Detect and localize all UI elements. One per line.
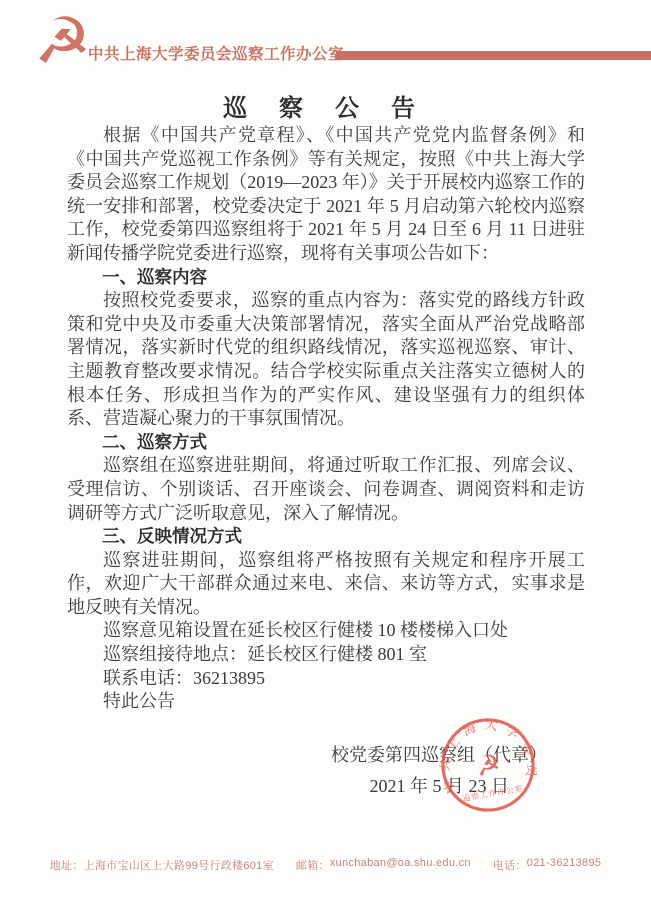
suggestion-box-line: 巡察意见箱设置在延长校区行健楼 10 楼楼梯入口处 <box>67 619 585 643</box>
contact-phone-line: 联系电话：36213895 <box>67 667 585 691</box>
footer-email: 邮箱： xunchaban@oa.shu.edu.cn <box>296 857 471 873</box>
footer-address: 地址： 上海市宝山区上大路99号行政楼601室 <box>50 857 274 873</box>
reception-location-line: 巡察组接待地点：延长校区行健楼 801 室 <box>67 643 585 667</box>
signature-block: 校党委第四巡察组（代章） 2021 年 5 月 23 日 <box>0 744 651 798</box>
footer-phone-label: 电话： <box>493 857 527 873</box>
header-red-bar <box>336 51 651 60</box>
footer-address-label: 地址： <box>50 857 84 873</box>
footer: 地址： 上海市宝山区上大路99号行政楼601室 邮箱： xunchaban@oa… <box>0 857 651 873</box>
footer-email-label: 邮箱： <box>296 857 330 873</box>
section-1-body: 按照校党委要求，巡察的重点内容为：落实党的路线方针政策和党中央及市委重大决策部署… <box>67 289 585 431</box>
footer-email-value: xunchaban@oa.shu.edu.cn <box>330 857 471 873</box>
page-title: 巡 察 公 告 <box>0 88 651 123</box>
footer-phone: 电话： 021-36213895 <box>493 857 601 873</box>
section-2-body: 巡察组在巡察进驻期间，将通过听取工作汇报、列席会议、受理信访、个别谈话、召开座谈… <box>67 454 585 525</box>
document-body: 根据《中国共产党章程》、《中国共产党党内监督条例》和《中国共产党巡视工作条例》等… <box>67 124 585 714</box>
section-1-heading: 一、巡察内容 <box>67 266 585 290</box>
party-emblem-icon: ☭ <box>34 10 91 74</box>
footer-phone-value: 021-36213895 <box>527 857 602 873</box>
section-3-body: 巡察进驻期间，巡察组将严格按照有关规定和程序开展工作，欢迎广大干部群众通过来电、… <box>67 549 585 620</box>
header-org-name: 中共上海大学委员会巡察工作办公室 <box>88 42 344 64</box>
signature-org: 校党委第四巡察组（代章） <box>0 744 651 768</box>
announcement-page: ☭ 中共上海大学委员会巡察工作办公室 巡 察 公 告 根据《中国共产党章程》、《… <box>0 0 651 915</box>
section-2-heading: 二、巡察方式 <box>67 431 585 455</box>
hereby-announced-line: 特此公告 <box>67 690 585 714</box>
section-3-heading: 三、反映情况方式 <box>67 525 585 549</box>
signature-date: 2021 年 5 月 23 日 <box>0 775 651 799</box>
intro-paragraph: 根据《中国共产党章程》、《中国共产党党内监督条例》和《中国共产党巡视工作条例》等… <box>67 124 585 266</box>
footer-address-value: 上海市宝山区上大路99号行政楼601室 <box>84 857 274 873</box>
